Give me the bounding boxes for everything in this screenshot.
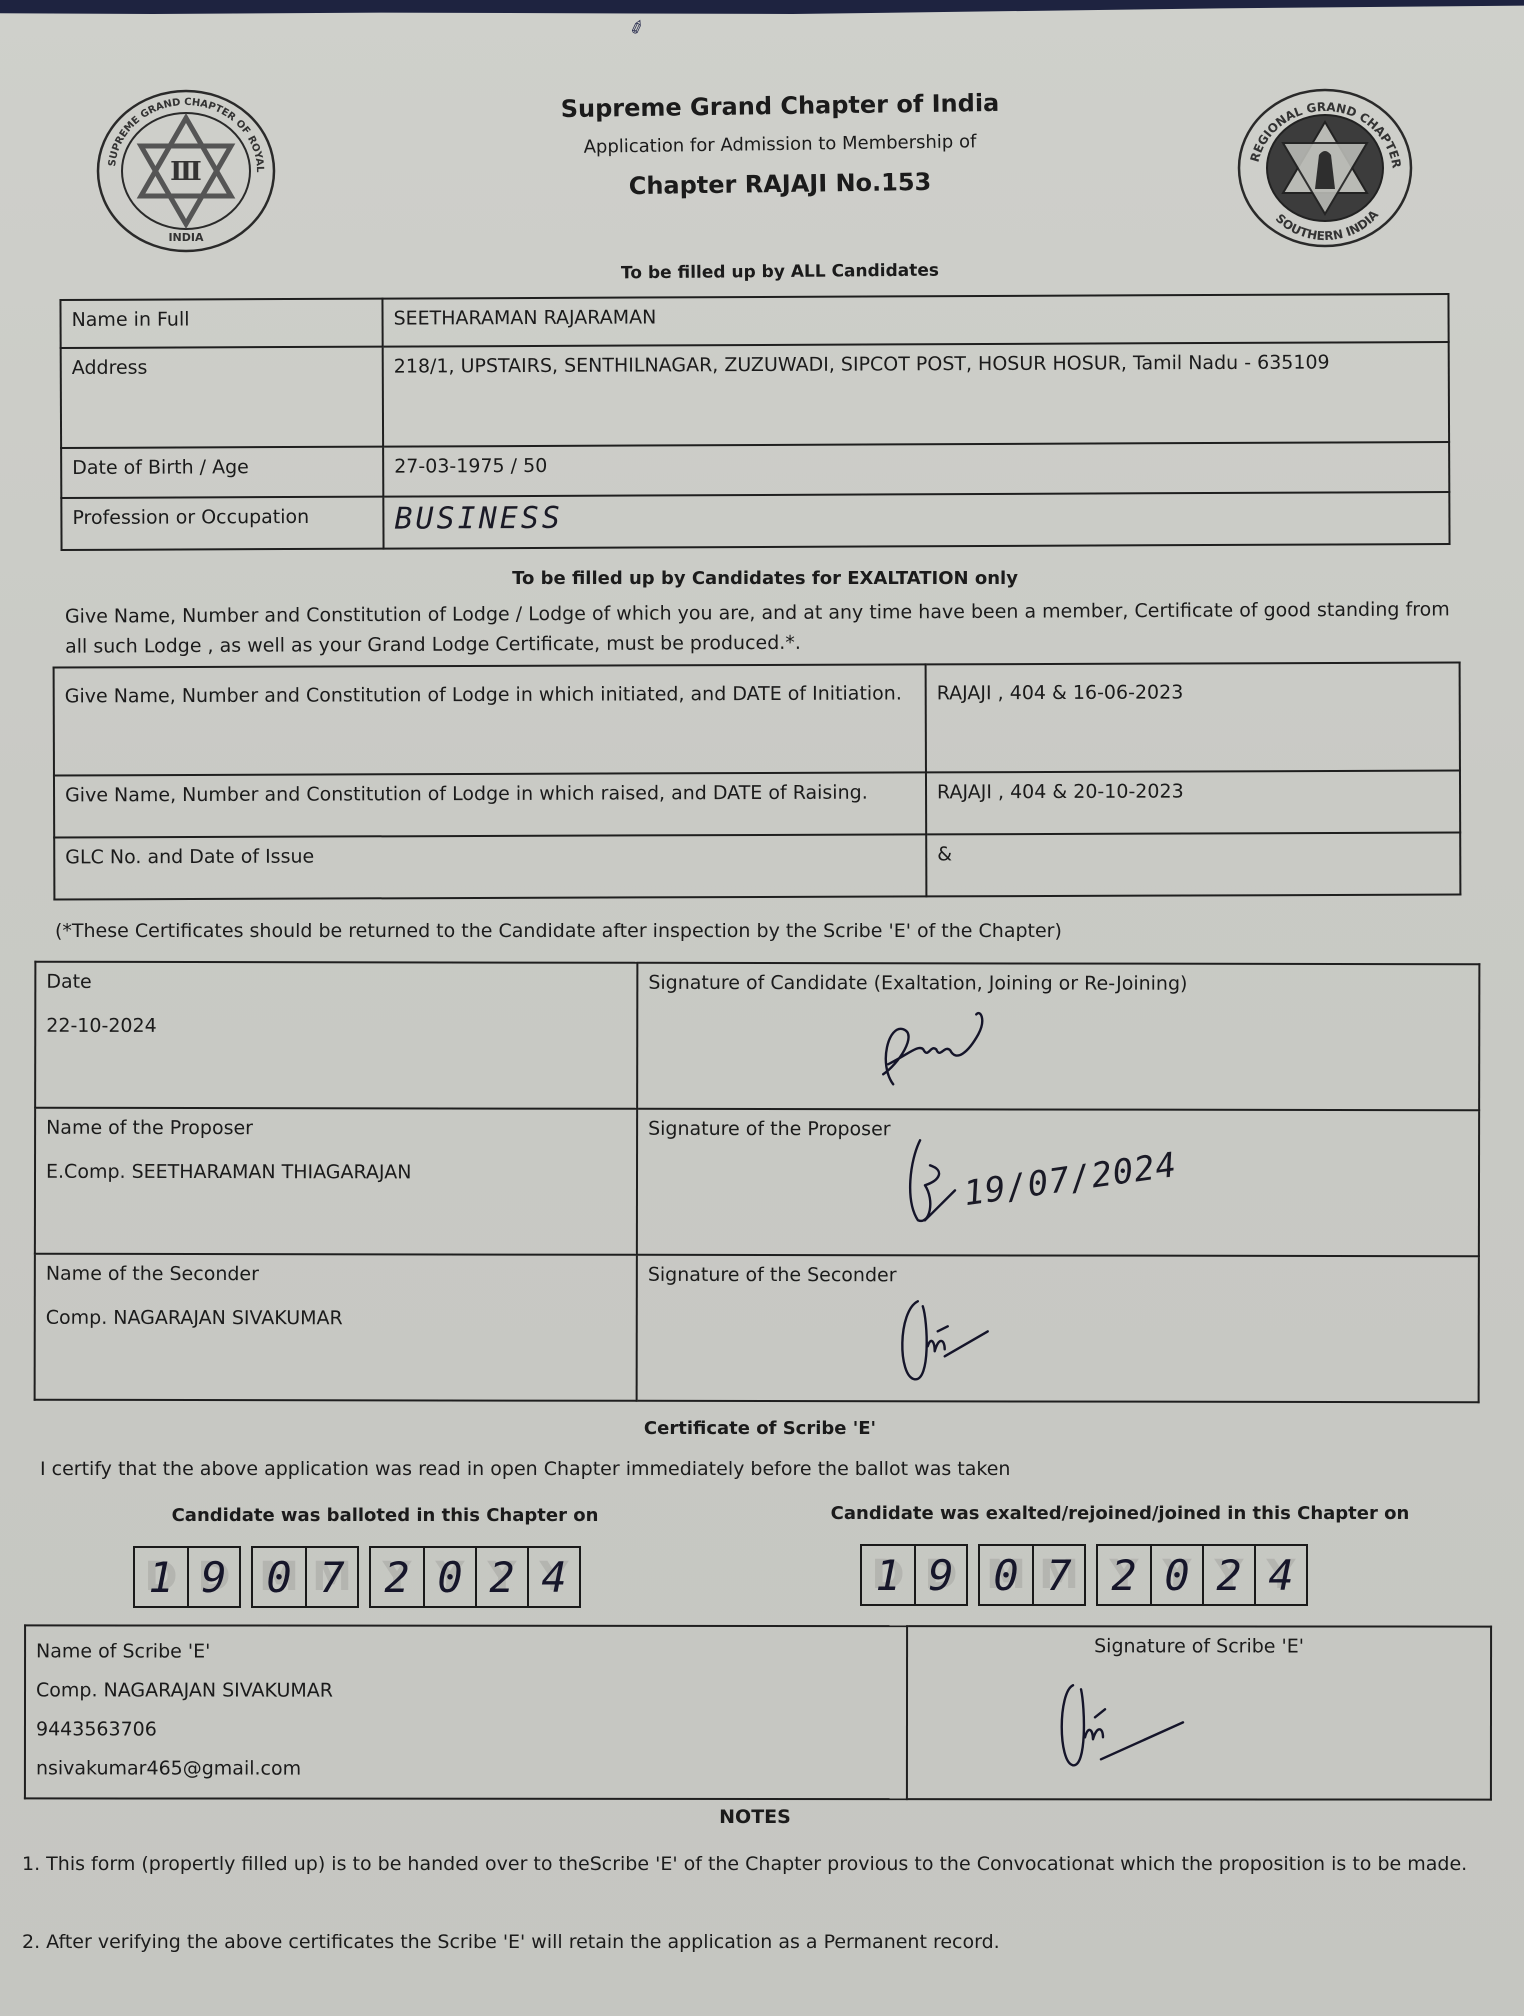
table-row: Give Name, Number and Constitution of Lo… [54,771,1460,838]
candidate-signature [868,1004,1018,1094]
table-row: Date 22-10-2024 Signature of Candidate (… [35,962,1479,1111]
date-digit-box: M0 [980,1546,1032,1604]
table-row: Give Name, Number and Constitution of Lo… [54,663,1460,776]
date-digit-box: Y2 [475,1548,527,1606]
field-label: Name of the Proposer [46,1117,253,1139]
handwritten-digit: 9 [916,1546,966,1604]
table-row: Name of the Proposer E.Comp. SEETHARAMAN… [35,1108,1479,1257]
section-all-candidates: To be filled up by ALL Candidates [520,260,1040,285]
table-row: Name of Scribe 'E' Comp. NAGARAJAN SIVAK… [25,1625,1491,1799]
date-digit-box: D1 [862,1546,914,1604]
handwritten-digit: 0 [1152,1546,1202,1604]
field-label: Signature of Scribe 'E' [1094,1635,1304,1657]
background-edge [0,0,1524,14]
date-digit-box: D9 [187,1548,239,1606]
form-subtitle: Application for Admission to Membership … [520,130,1040,158]
handwritten-digit: 1 [135,1548,187,1606]
table-row: Name in Full SEETHARAMAN RAJARAMAN [60,294,1448,348]
field-label: Address [61,347,383,448]
name-in-full-value: SEETHARAMAN RAJARAMAN [382,294,1448,347]
handwritten-digit: 2 [371,1548,423,1606]
handwritten-digit: 7 [307,1548,357,1606]
scribe-signature-cell: Signature of Scribe 'E' [907,1626,1491,1800]
scribe-name: Comp. NAGARAJAN SIVAKUMAR [36,1671,896,1711]
proposer-signature [900,1130,960,1230]
field-label: Give Name, Number and Constitution of Lo… [54,772,926,837]
date-group: D1D9 [860,1544,968,1606]
handwritten-digit: 4 [1256,1546,1306,1604]
handwritten-digit: 0 [980,1546,1032,1604]
handwritten-digit: 7 [1034,1546,1084,1604]
scribe-table: Name of Scribe 'E' Comp. NAGARAJAN SIVAK… [24,1624,1492,1800]
supreme-grand-chapter-seal-icon: Ⅲ SUPREME GRAND CHAPTER OF ROYAL ARCH MA… [95,88,277,254]
seconder-name: Comp. NAGARAJAN SIVAKUMAR [46,1307,626,1330]
candidate-details-table: Name in Full SEETHARAMAN RAJARAMAN Addre… [59,293,1450,551]
proposer-cell: Name of the Proposer E.Comp. SEETHARAMAN… [35,1108,637,1255]
address-value: 218/1, UPSTAIRS, SENTHILNAGAR, ZUZUWADI,… [383,342,1449,447]
handwritten-digit: 2 [1098,1546,1150,1604]
proposer-signature-date: 19/07/2024 [962,1151,1179,1208]
date-group: M0M7 [251,1546,359,1608]
exaltation-instructions: Give Name, Number and Constitution of Lo… [65,594,1465,661]
date-digit-box: Y2 [371,1548,423,1606]
glc-value: & [926,833,1460,897]
handwritten-profession: BUSINESS [394,501,563,537]
date-digit-box: Y0 [423,1548,475,1606]
exalted-date-boxes: D1D9M0M7Y2Y0Y2Y4 [860,1544,1308,1606]
proposer-signature-cell: Signature of the Proposer 19/07/2024 [637,1109,1479,1256]
scribe-signature [1053,1677,1203,1772]
svg-text:Ⅲ: Ⅲ [170,157,202,187]
date-digit-box: D9 [914,1546,966,1604]
scribe-details-cell: Name of Scribe 'E' Comp. NAGARAJAN SIVAK… [25,1625,907,1799]
field-label: Name of Scribe 'E' [36,1632,896,1672]
exalted-label: Candidate was exalted/rejoined/joined in… [810,1503,1430,1524]
table-row: GLC No. and Date of Issue & [54,833,1460,900]
seconder-signature [893,1291,1003,1386]
field-label: Date [46,971,91,993]
note-item: 2. After verifying the above certificate… [22,1926,1502,1959]
raising-value: RAJAJI , 404 & 20-10-2023 [926,771,1460,835]
field-label: Signature of Candidate (Exaltation, Join… [648,972,1187,995]
seconder-signature-cell: Signature of the Seconder [637,1255,1479,1402]
dob-age-value: 27-03-1975 / 50 [383,442,1449,497]
field-label: Signature of the Proposer [648,1118,891,1140]
svg-text:INDIA: INDIA [168,231,204,244]
date-digit-box: M0 [253,1548,305,1606]
chapter-name: Chapter RAJAJI No.153 [520,166,1040,201]
date-cell: Date 22-10-2024 [35,962,637,1109]
handwritten-digit: 2 [477,1548,527,1606]
scribe-certification-statement: I certify that the above application was… [40,1458,1010,1480]
signatures-table: Date 22-10-2024 Signature of Candidate (… [34,961,1481,1404]
handwritten-digit: 2 [1204,1546,1254,1604]
field-label: Give Name, Number and Constitution of Lo… [54,664,926,775]
handwritten-digit: 9 [189,1548,239,1606]
notes-title: NOTES [690,1806,820,1828]
scribe-phone: 9443563706 [36,1710,896,1750]
scribe-certificate-title: Certificate of Scribe 'E' [560,1418,960,1439]
date-digit-box: Y4 [1254,1546,1306,1604]
handwritten-digit: 0 [253,1548,305,1606]
field-label: Name in Full [60,299,382,348]
date-digit-box: D1 [135,1548,187,1606]
initiation-value: RAJAJI , 404 & 16-06-2023 [926,663,1460,773]
proposer-name: E.Comp. SEETHARAMAN THIAGARAJAN [46,1161,626,1184]
date-group: Y2Y0Y2Y4 [1096,1544,1308,1606]
date-value: 22-10-2024 [46,1015,626,1038]
field-label: GLC No. and Date of Issue [54,834,926,899]
table-row: Address 218/1, UPSTAIRS, SENTHILNAGAR, Z… [61,342,1449,448]
balloted-label: Candidate was balloted in this Chapter o… [150,1505,620,1526]
date-digit-box: M7 [305,1548,357,1606]
date-digit-box: Y4 [527,1548,579,1606]
field-label: Profession or Occupation [61,497,383,550]
lodge-details-table: Give Name, Number and Constitution of Lo… [53,662,1462,901]
organization-title: Supreme Grand Chapter of India [520,88,1040,123]
date-digit-box: Y2 [1098,1546,1150,1604]
regional-grand-chapter-seal-icon: REGIONAL GRAND CHAPTER SOUTHERN INDIA [1235,85,1415,250]
handwritten-digit: 0 [425,1548,475,1606]
date-group: M0M7 [978,1544,1086,1606]
table-row: Profession or Occupation BUSINESS [61,492,1449,550]
date-digit-box: Y0 [1150,1546,1202,1604]
handwritten-digit: 4 [529,1548,579,1606]
scribe-email: nsivakumar465@gmail.com [36,1749,896,1789]
date-group: D1D9 [133,1546,241,1608]
date-digit-box: M7 [1032,1546,1084,1604]
field-label: Name of the Seconder [46,1263,259,1285]
field-label: Date of Birth / Age [61,447,383,498]
field-label: Signature of the Seconder [648,1264,897,1286]
note-item: 1. This form (propertly filled up) is to… [22,1848,1502,1881]
certificates-footnote: (*These Certificates should be returned … [55,920,1062,942]
seconder-cell: Name of the Seconder Comp. NAGARAJAN SIV… [35,1254,637,1401]
table-row: Name of the Seconder Comp. NAGARAJAN SIV… [35,1254,1479,1403]
balloted-date-boxes: D1D9M0M7Y2Y0Y2Y4 [133,1546,581,1608]
candidate-signature-cell: Signature of Candidate (Exaltation, Join… [637,963,1479,1110]
table-row: Date of Birth / Age 27-03-1975 / 50 [61,442,1449,498]
date-digit-box: Y2 [1202,1546,1254,1604]
profession-value: BUSINESS [383,492,1449,549]
section-exaltation: To be filled up by Candidates for EXALTA… [500,568,1030,589]
handwritten-digit: 1 [862,1546,914,1604]
date-group: Y2Y0Y2Y4 [369,1546,581,1608]
pen-mark: ✐ [627,16,648,41]
